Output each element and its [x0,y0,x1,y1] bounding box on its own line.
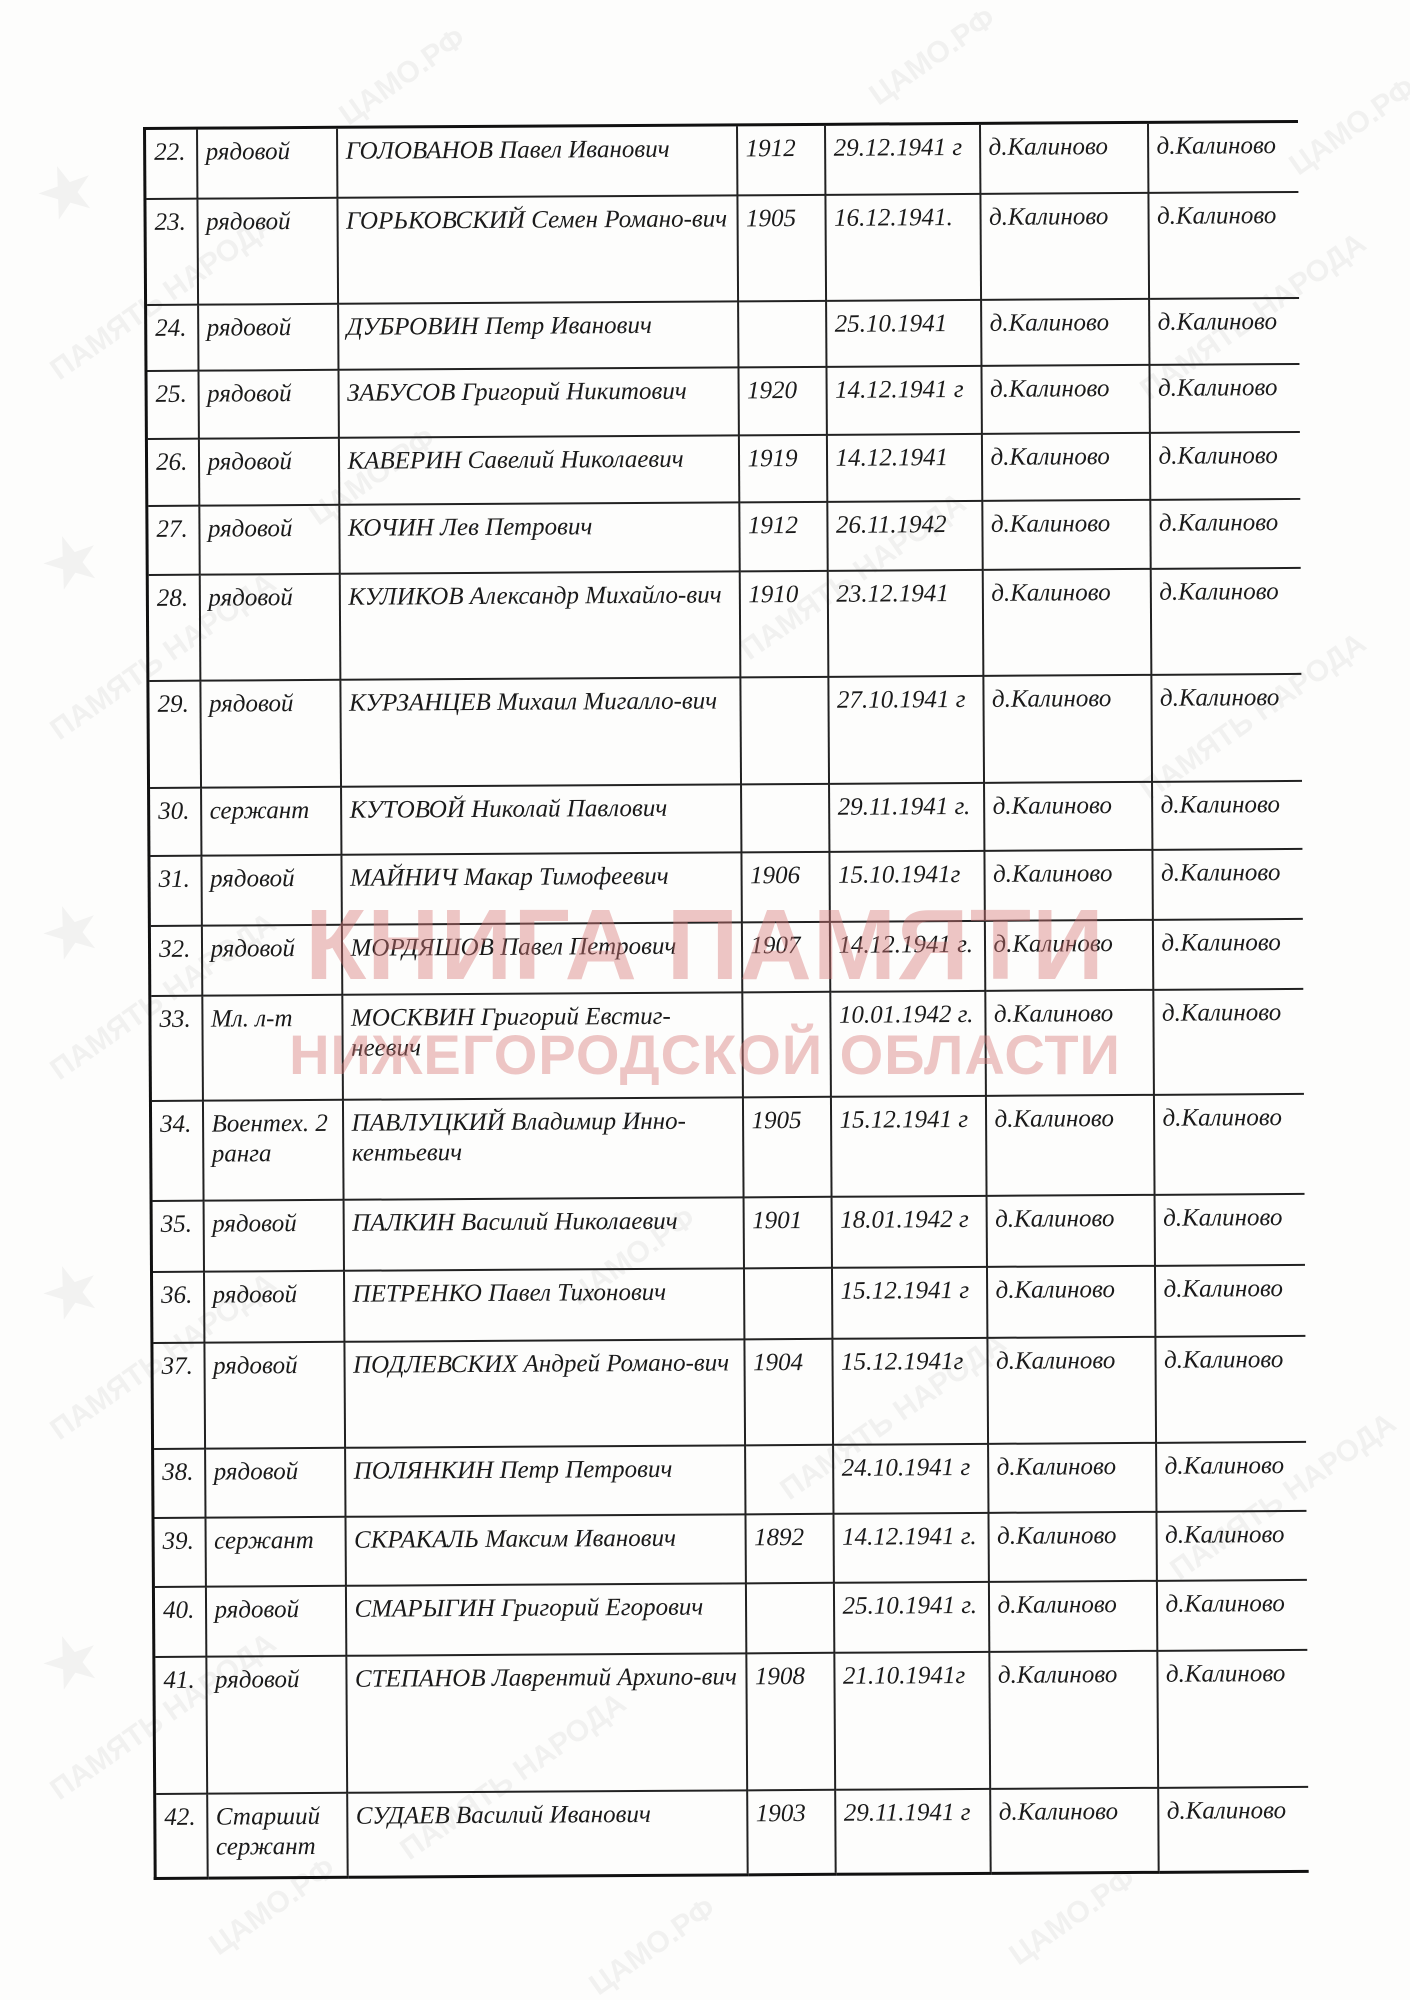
birth-year: 1920 [738,366,826,435]
military-rank: Мл. л-т [202,994,343,1100]
burial-place: д.Калиново [1149,431,1299,499]
row-number: 38. [153,1448,205,1517]
birth-year: 1907 [741,921,829,992]
burial-place: д.Калиново [1154,1193,1304,1265]
table-body: 22. рядовой ГОЛОВАНОВ Павел Иванович 191… [145,121,1309,1878]
full-name: ДУБРОВИН Петр Иванович [338,301,738,369]
table-row: 38. рядовой ПОЛЯНКИН Петр Петрович 24.10… [153,1441,1306,1517]
military-rank: рядовой [198,369,338,438]
full-name: ЗАБУСОВ Григорий Никитович [338,367,738,437]
military-rank: сержант [201,786,341,855]
star-watermark-icon: ★ [28,512,115,611]
military-rank: рядовой [203,1270,343,1342]
full-name: ПЕТРЕНКО Павел Тихонович [343,1268,743,1341]
table-row: 42. Старший сержант СУДАЕВ Василий Ивано… [155,1786,1308,1878]
row-number: 42. [155,1793,208,1878]
memorial-register-table: 22. рядовой ГОЛОВАНОВ Павел Иванович 191… [143,120,1308,1880]
table-row: 33. Мл. л-т МОСКВИН Григорий Евстиг-неев… [150,988,1304,1100]
birth-year [745,1444,833,1514]
military-rank: рядовой [197,127,337,198]
burial-place: д.Калиново [1147,121,1297,192]
full-name: ГОРЬКОВСКИЙ Семен Романо-вич [337,195,738,303]
table-row: 34. Воентех. 2 ранга ПАВЛУЦКИЙ Владимир … [150,1093,1304,1200]
full-name: СТЕПАНОВ Лаврентий Архипо-вич [346,1653,747,1792]
military-rank: рядовой [198,303,338,370]
full-name: КОЧИН Лев Петрович [339,502,739,573]
full-name: СМАРЫГИН Григорий Егорович [345,1583,745,1655]
full-name: СКРАКАЛЬ Максим Иванович [345,1514,745,1585]
death-date: 14.12.1941 г. [833,1512,988,1582]
table-row: 40. рядовой СМАРЫГИН Григорий Егорович 2… [153,1579,1306,1656]
full-name: СУДАЕВ Василий Иванович [347,1790,748,1877]
death-date: 14.12.1941 [826,433,981,501]
birth-year [741,783,829,852]
burial-place: д.Калиново [1152,780,1302,849]
row-number: 33. [150,995,203,1100]
full-name: МОСКВИН Григорий Евстиг-неевич [342,992,743,1099]
birth-year: 1919 [738,434,826,502]
table-row: 26. рядовой КАВЕРИН Савелий Николаевич 1… [146,431,1299,505]
table-row: 24. рядовой ДУБРОВИН Петр Иванович 25.10… [146,297,1299,370]
death-date: 25.10.1941 г. [833,1581,988,1652]
burial-place: д.Калиново [1150,498,1300,568]
burial-place: д.Калиново [1153,988,1304,1094]
place-of-death: д.Калиново [983,674,1152,782]
full-name: КУТОВОЙ Николай Павлович [341,784,741,854]
death-date: 15.12.1941 г [831,1266,986,1338]
place-of-death: д.Калиново [982,499,1150,569]
birth-year: 1908 [746,1652,835,1790]
birth-year: 1912 [736,124,824,195]
military-rank: рядовой [199,504,339,574]
table-row: 31. рядовой МАЙНИЧ Макар Тимофеевич 1906… [149,848,1302,925]
place-of-death: д.Калиново [981,364,1149,433]
death-date: 29.12.1941 г [824,123,979,194]
death-date: 27.10.1941 г [828,675,984,783]
military-rank: рядовой [199,573,340,680]
birth-year: 1905 [742,1096,831,1197]
table-row: 22. рядовой ГОЛОВАНОВ Павел Иванович 191… [145,121,1298,198]
table-row: 37. рядовой ПОДЛЕВСКИХ Андрей Романо-вич… [152,1335,1306,1448]
table-row: 23. рядовой ГОРЬКОВСКИЙ Семен Романо-вич… [145,191,1299,304]
full-name: КУРЗАНЦЕВ Михаил Мигалло-вич [340,677,741,786]
burial-place: д.Калиново [1152,848,1302,919]
place-of-death: д.Калиново [990,1787,1159,1873]
death-date: 16.12.1941. [825,193,981,300]
death-date: 10.01.1942 г. [830,990,986,1096]
birth-year: 1905 [737,194,826,301]
burial-place: д.Калиново [1156,1510,1306,1580]
watermark-small: ЦАМО.РФ [583,1891,722,2000]
row-number: 22. [145,128,197,198]
birth-year [740,676,829,784]
row-number: 23. [145,198,198,304]
row-number: 37. [152,1342,205,1448]
full-name: ПОЛЯНКИН Петр Петрович [345,1445,745,1516]
death-date: 21.10.1941г [834,1651,990,1789]
place-of-death: д.Калиново [988,1442,1156,1512]
military-rank: рядовой [205,1585,345,1656]
place-of-death: д.Калиново [980,192,1149,299]
row-number: 31. [149,855,201,925]
place-of-death: д.Калиново [988,1511,1156,1581]
death-date: 14.12.1941 г. [829,920,984,991]
full-name: МАЙНИЧ Макар Тимофеевич [341,852,741,924]
military-rank: рядовой [201,924,341,995]
birth-year: 1903 [747,1789,836,1875]
row-number: 28. [147,574,200,680]
watermark-small: ЦАМО.РФ [333,21,472,132]
table-row: 36. рядовой ПЕТРЕНКО Павел Тихонович 15.… [151,1264,1304,1342]
birth-year: 1892 [745,1513,833,1583]
place-of-death: д.Калиново [984,919,1152,990]
star-watermark-icon: ★ [28,1242,115,1341]
birth-year: 1904 [744,1338,833,1445]
watermark-small: ЦАМО.РФ [863,1,1002,112]
death-date: 23.12.1941 [827,569,983,676]
death-date: 25.10.1941 [826,299,981,366]
military-rank: рядовой [205,1447,345,1517]
military-rank: рядовой [197,197,338,304]
death-date: 14.12.1941 г [826,365,981,434]
place-of-death: д.Калиново [988,1580,1156,1651]
row-number: 24. [146,304,198,370]
birth-year: 1910 [739,570,828,677]
death-date: 15.12.1941г [832,1337,988,1444]
place-of-death: д.Калиново [985,989,1154,1095]
row-number: 27. [147,505,199,574]
burial-place: д.Калиново [1156,1579,1306,1650]
star-watermark-icon: ★ [28,1612,115,1711]
birth-year: 1912 [739,501,827,571]
table-row: 30. сержант КУТОВОЙ Николай Павлович 29.… [149,780,1302,855]
row-number: 29. [148,680,201,787]
watermark-small: ЦАМО.РФ [1003,1861,1142,1972]
row-number: 25. [146,370,198,438]
birth-year: 1901 [743,1196,831,1268]
row-number: 39. [153,1517,205,1586]
military-rank: рядовой [204,1341,345,1448]
military-rank: сержант [205,1516,345,1586]
place-of-death: д.Калиново [981,432,1149,500]
place-of-death: д.Калиново [982,568,1151,675]
row-number: 34. [150,1100,203,1200]
military-rank: рядовой [203,1199,343,1271]
birth-year [743,1267,831,1339]
burial-place: д.Калиново [1153,1093,1304,1194]
burial-place: д.Калиново [1157,1649,1308,1787]
burial-place: д.Калиново [1158,1786,1309,1872]
death-date: 15.12.1941 г [830,1095,986,1196]
birth-year [745,1582,833,1653]
place-of-death: д.Калиново [984,849,1152,920]
birth-year: 1906 [741,851,829,922]
birth-year [742,991,831,1097]
full-name: ПАВЛУЦКИЙ Владимир Инно-кентьевич [342,1097,743,1199]
death-date: 26.11.1942 [827,500,982,570]
place-of-death: д.Калиново [986,1265,1154,1337]
place-of-death: д.Калиново [984,781,1152,850]
place-of-death: д.Калиново [986,1194,1154,1266]
death-date: 18.01.1942 г [831,1195,986,1267]
birth-year [738,300,826,367]
table-row: 41. рядовой СТЕПАНОВ Лаврентий Архипо-ви… [154,1649,1308,1793]
row-number: 32. [149,925,201,995]
death-date: 15.10.1941г [829,850,984,921]
burial-place: д.Калиново [1152,918,1302,989]
burial-place: д.Калиново [1150,567,1301,674]
table-row: 25. рядовой ЗАБУСОВ Григорий Никитович 1… [146,363,1299,438]
military-rank: рядовой [206,1655,347,1793]
place-of-death: д.Калиново [985,1094,1154,1195]
military-rank: Старший сержант [207,1792,348,1878]
row-number: 41. [154,1656,207,1793]
burial-place: д.Калиново [1149,363,1299,432]
military-rank: рядовой [198,437,338,505]
star-watermark-icon: ★ [23,142,110,241]
full-name: ПОДЛЕВСКИХ Андрей Романо-вич [344,1339,745,1447]
place-of-death: д.Калиново [987,1336,1156,1443]
full-name: МОРДЯШОВ Павел Петрович [341,922,741,994]
table-row: 28. рядовой КУЛИКОВ Александр Михайло-ви… [147,567,1301,680]
full-name: ПАЛКИН Василий Николаевич [343,1197,743,1270]
place-of-death: д.Калиново [979,122,1147,193]
star-watermark-icon: ★ [28,882,115,981]
military-rank: Воентех. 2 ранга [202,1099,343,1200]
burial-place: д.Калиново [1155,1335,1306,1442]
death-date: 29.11.1941 г. [829,782,984,851]
table-row: 29. рядовой КУРЗАНЦЕВ Михаил Мигалло-вич… [148,673,1302,787]
row-number: 35. [151,1200,203,1271]
burial-place: д.Калиново [1151,673,1302,781]
row-number: 36. [151,1271,203,1342]
place-of-death: д.Калиново [981,298,1149,365]
death-date: 24.10.1941 г [833,1443,988,1513]
burial-place: д.Калиново [1154,1264,1304,1336]
military-rank: рядовой [200,679,341,787]
table-row: 32. рядовой МОРДЯШОВ Павел Петрович 1907… [149,918,1302,995]
burial-place: д.Калиново [1156,1441,1306,1511]
burial-place: д.Калиново [1149,297,1299,364]
burial-place: д.Калиново [1148,191,1299,298]
full-name: КАВЕРИН Савелий Николаевич [338,435,738,504]
death-date: 29.11.1941 г [835,1788,991,1874]
table-row: 27. рядовой КОЧИН Лев Петрович 1912 26.1… [147,498,1300,574]
row-number: 40. [153,1586,205,1656]
table-row: 35. рядовой ПАЛКИН Василий Николаевич 19… [151,1193,1304,1271]
row-number: 30. [149,787,201,855]
full-name: ГОЛОВАНОВ Павел Иванович [337,125,737,197]
row-number: 26. [146,438,198,505]
place-of-death: д.Калиново [989,1650,1158,1788]
full-name: КУЛИКОВ Александр Михайло-вич [339,571,740,679]
watermark-small: ЦАМО.РФ [1283,71,1410,182]
table-row: 39. сержант СКРАКАЛЬ Максим Иванович 189… [153,1510,1306,1586]
military-rank: рядовой [201,854,341,925]
